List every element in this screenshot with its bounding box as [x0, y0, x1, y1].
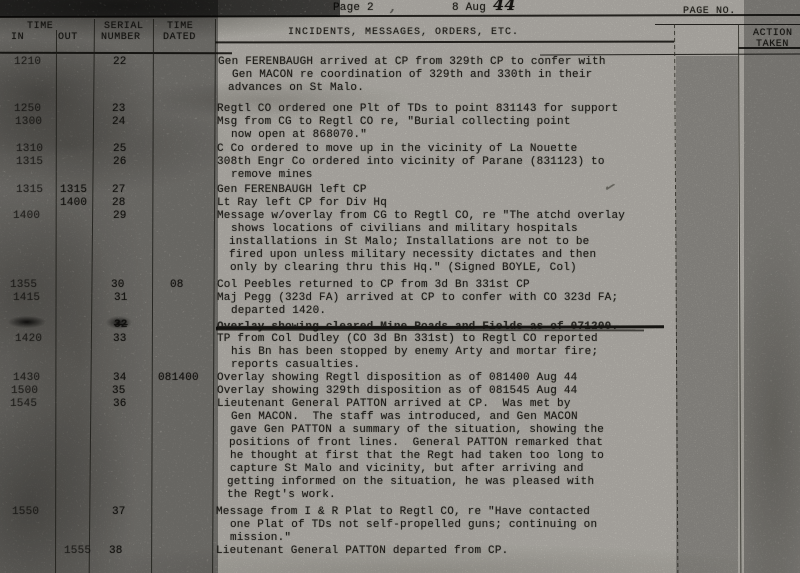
table-rule: [212, 19, 216, 573]
column-header-in: IN: [11, 31, 24, 44]
page-no-label: PAGE NO.: [683, 5, 736, 18]
serial-cell: 34: [113, 372, 127, 385]
table-rule: [151, 19, 154, 573]
table-rule: [655, 24, 800, 25]
entry-line: shows locations of civilians and militar…: [231, 223, 578, 236]
entry-line: Lt Ray left CP for Div Hq: [217, 197, 387, 210]
ink-blot: [106, 316, 132, 329]
entry-line: TP from Col Dudley (CO 3d Bn 331st) to R…: [217, 333, 598, 346]
entry-line: he thought at first that the Regt had ta…: [230, 450, 604, 463]
entry-line: reports casualties.: [231, 359, 360, 372]
entry-line: Maj Pegg (323d FA) arrived at CP to conf…: [217, 292, 618, 305]
serial-cell: 33: [113, 333, 127, 346]
entry-line: Gen MACON re coordination of 329th and 3…: [232, 69, 592, 82]
column-header-serial-2: NUMBER: [101, 31, 141, 44]
entry-line: installations in St Malo; Installations …: [229, 236, 589, 249]
time-out-cell: 1315: [60, 184, 87, 197]
time-dated-cell: 081400: [158, 372, 199, 385]
journal-date: 8 Aug: [452, 2, 486, 15]
stray-pen-mark: ,: [390, 1, 395, 14]
time-out-cell: 1555: [64, 545, 91, 558]
time-in-cell: 1210: [14, 56, 41, 69]
entry-line: Lieutenant General PATTON departed from …: [216, 545, 508, 558]
serial-cell: 36: [113, 398, 127, 411]
table-rule: [55, 30, 57, 573]
table-rule: [215, 41, 674, 44]
table-rule: [0, 52, 232, 54]
entry-line: his Bn has been stopped by enemy Arty an…: [231, 346, 598, 359]
entry-line: fired upon unless military necessity dic…: [229, 249, 596, 262]
entry-line: one Plat of TDs not self-propelled guns;…: [230, 519, 597, 532]
table-rule: [738, 24, 741, 573]
time-in-cell: 1400: [13, 210, 40, 223]
entry-line: Regtl CO ordered one Plt of TDs to point…: [217, 103, 618, 116]
serial-cell: 29: [113, 210, 127, 223]
serial-cell: 30: [111, 279, 125, 292]
entry-line: positions of front lines. General PATTON…: [229, 437, 603, 450]
time-in-cell: 1500: [11, 385, 38, 398]
entry-line: Overlay showing Regtl disposition as of …: [217, 372, 577, 385]
entry-line: departed 1420.: [231, 305, 326, 318]
entry-line: the Regt's work.: [227, 489, 336, 502]
entry-line: Gen FERENBAUGH left CP: [217, 184, 367, 197]
serial-cell: 26: [113, 156, 127, 169]
journal-scan-page: Page 2 , 8 Aug 44 PAGE NO. TIME IN OUT S…: [0, 0, 800, 573]
pen-check-mark: ✓: [603, 180, 616, 195]
entry-line: remove mines: [231, 169, 313, 182]
ink-blot: [8, 316, 46, 328]
page-label: Page 2: [333, 2, 374, 15]
entry-line: only by clearing thru this Hq." (Signed …: [230, 262, 577, 275]
journal-date-handwritten: 44: [493, 0, 516, 11]
entry-line: Lieutenant General PATTON arrived at CP.…: [217, 398, 571, 411]
column-header-out: OUT: [58, 31, 78, 44]
entry-line: capture St Malo and vicinity, but after …: [230, 463, 584, 476]
serial-cell: 35: [112, 385, 126, 398]
serial-cell: 28: [112, 197, 126, 210]
entry-line: getting informed on the situation, he wa…: [227, 476, 594, 489]
time-in-cell: 1315: [16, 184, 43, 197]
column-header-action-2: TAKEN: [756, 38, 789, 51]
serial-cell: 38: [109, 545, 123, 558]
entry-line: 308th Engr Co ordered into vicinity of P…: [217, 156, 605, 169]
serial-cell: 22: [113, 56, 127, 69]
time-dated-cell: 08: [170, 279, 184, 292]
serial-cell: 24: [112, 116, 126, 129]
time-in-cell: 1430: [13, 372, 40, 385]
serial-cell: 31: [114, 292, 128, 305]
entry-line: gave Gen PATTON a summary of the situati…: [230, 424, 604, 437]
table-rule: [674, 24, 678, 573]
time-in-cell: 1310: [16, 143, 43, 156]
entry-line: C Co ordered to move up in the vicinity …: [217, 143, 577, 156]
time-in-cell: 1420: [15, 333, 42, 346]
serial-cell: 25: [113, 143, 127, 156]
time-in-cell: 1545: [10, 398, 37, 411]
time-in-cell: 1315: [16, 156, 43, 169]
table-rule: [89, 19, 95, 573]
entry-line: Gen FERENBAUGH arrived at CP from 329th …: [218, 56, 606, 69]
serial-cell: 23: [112, 103, 126, 116]
entry-line: Overlay showing 329th disposition as of …: [217, 385, 577, 398]
entry-line: advances on St Malo.: [228, 82, 364, 95]
serial-cell: 37: [112, 506, 126, 519]
time-out-cell: 1400: [60, 197, 87, 210]
entry-line: now open at 868070.": [231, 129, 367, 142]
entry-line: Message from I & R Plat to Regtl CO, re …: [216, 506, 590, 519]
entry-line: Message w/overlay from CG to Regtl CO, r…: [217, 210, 625, 223]
column-header-time: TIME: [27, 20, 53, 33]
time-in-cell: 1415: [13, 292, 40, 305]
column-header-time-dated-2: DATED: [163, 31, 196, 44]
entry-line: Msg from CG to Regtl CO re, "Burial coll…: [217, 116, 571, 129]
table-rule: [0, 14, 800, 18]
entry-line: Gen MACON. The staff was introduced, and…: [231, 411, 578, 424]
time-in-cell: 1300: [15, 116, 42, 129]
entry-line: Col Peebles returned to CP from 3d Bn 33…: [217, 279, 530, 292]
time-in-cell: 1250: [14, 103, 41, 116]
column-header-incidents: INCIDENTS, MESSAGES, ORDERS, ETC.: [288, 26, 519, 39]
time-in-cell: 1355: [10, 279, 37, 292]
time-in-cell: 1550: [12, 506, 39, 519]
serial-cell: 27: [112, 184, 126, 197]
entry-line: mission.": [230, 532, 291, 545]
